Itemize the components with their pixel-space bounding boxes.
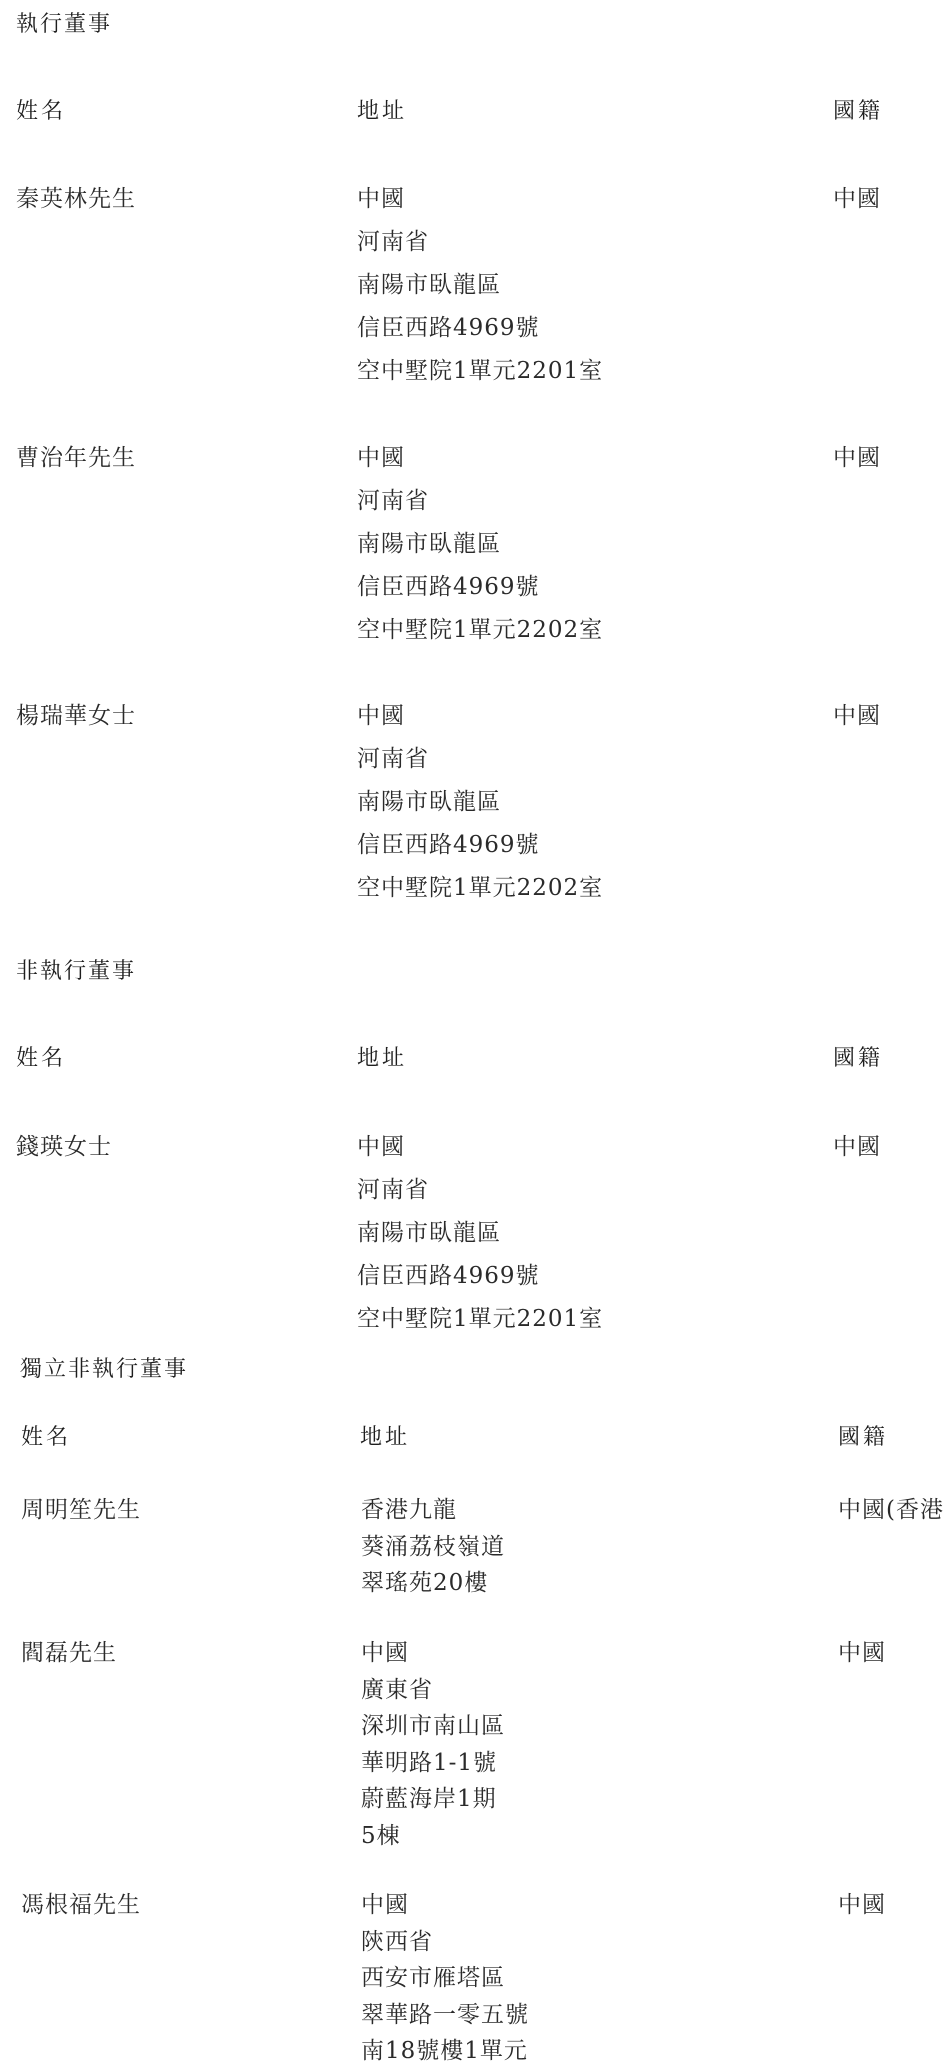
address-line: 信臣西路4969號 (357, 1255, 603, 1298)
address-line: 翠瑤苑20樓 (361, 1565, 505, 1602)
column-header-nationality: 國籍 (838, 1425, 888, 1451)
column-header-address: 地址 (360, 1425, 410, 1451)
address-line: 信臣西路4969號 (357, 566, 603, 609)
address-line: 西安市雁塔區 (361, 1960, 529, 1997)
address-line: 河南省 (357, 1169, 603, 1212)
address-line: 中國 (361, 1887, 529, 1924)
address-line: 空中墅院1單元2202室 (357, 609, 603, 652)
director-name: 曹治年先生 (16, 437, 136, 480)
column-header-address: 地址 (357, 99, 407, 125)
column-header-name: 姓名 (16, 1046, 66, 1072)
address-line: 南18號樓1單元 (361, 2033, 529, 2068)
director-nationality: 中國 (833, 1126, 881, 1169)
director-address: 中國 陝西省 西安市雁塔區 翠華路一零五號 南18號樓1單元 (361, 1887, 529, 2068)
address-line: 南陽市臥龍區 (357, 1212, 603, 1255)
section-title: 非執行董事 (16, 959, 136, 985)
address-line: 空中墅院1單元2201室 (357, 1298, 603, 1341)
address-line: 中國 (361, 1635, 505, 1672)
address-line: 河南省 (357, 480, 603, 523)
address-line: 華明路1-1號 (361, 1745, 505, 1782)
director-name: 秦英林先生 (16, 178, 136, 221)
address-line: 中國 (357, 695, 603, 738)
director-name: 周明笙先生 (21, 1492, 141, 1529)
column-header-address: 地址 (357, 1046, 407, 1072)
address-line: 信臣西路4969號 (357, 824, 603, 867)
address-line: 蔚藍海岸1期 (361, 1781, 505, 1818)
address-line: 中國 (357, 1126, 603, 1169)
section-title: 執行董事 (16, 12, 112, 38)
director-address: 中國 河南省 南陽市臥龍區 信臣西路4969號 空中墅院1單元2201室 (357, 1126, 603, 1341)
column-header-name: 姓名 (21, 1425, 71, 1451)
director-nationality: 中國 (833, 437, 881, 480)
address-line: 河南省 (357, 221, 603, 264)
director-nationality: 中國 (833, 695, 881, 738)
director-nationality: 中國 (838, 1887, 886, 1924)
address-line: 葵涌荔枝嶺道 (361, 1529, 505, 1566)
address-line: 河南省 (357, 738, 603, 781)
address-line: 南陽市臥龍區 (357, 523, 603, 566)
director-name: 楊瑞華女士 (16, 695, 136, 738)
director-nationality: 中國 (833, 178, 881, 221)
address-line: 空中墅院1單元2202室 (357, 867, 603, 910)
director-nationality: 中國 (838, 1635, 886, 1672)
address-line: 5棟 (361, 1818, 505, 1855)
director-name: 馮根福先生 (21, 1887, 141, 1924)
address-line: 南陽市臥龍區 (357, 264, 603, 307)
address-line: 翠華路一零五號 (361, 1997, 529, 2034)
director-address: 香港九龍 葵涌荔枝嶺道 翠瑤苑20樓 (361, 1492, 505, 1602)
director-nationality: 中國(香港 (838, 1492, 944, 1529)
address-line: 信臣西路4969號 (357, 307, 603, 350)
column-header-nationality: 國籍 (833, 99, 883, 125)
director-address: 中國 河南省 南陽市臥龍區 信臣西路4969號 空中墅院1單元2202室 (357, 437, 603, 652)
director-address: 中國 廣東省 深圳市南山區 華明路1-1號 蔚藍海岸1期 5棟 (361, 1635, 505, 1854)
address-line: 深圳市南山區 (361, 1708, 505, 1745)
column-header-name: 姓名 (16, 99, 66, 125)
address-line: 中國 (357, 437, 603, 480)
column-header-nationality: 國籍 (833, 1046, 883, 1072)
section-title: 獨立非執行董事 (20, 1357, 188, 1383)
address-line: 南陽市臥龍區 (357, 781, 603, 824)
address-line: 香港九龍 (361, 1492, 505, 1529)
address-line: 廣東省 (361, 1672, 505, 1709)
address-line: 空中墅院1單元2201室 (357, 350, 603, 393)
director-address: 中國 河南省 南陽市臥龍區 信臣西路4969號 空中墅院1單元2202室 (357, 695, 603, 910)
address-line: 陝西省 (361, 1924, 529, 1961)
address-line: 中國 (357, 178, 603, 221)
director-address: 中國 河南省 南陽市臥龍區 信臣西路4969號 空中墅院1單元2201室 (357, 178, 603, 393)
director-name: 閻磊先生 (21, 1635, 117, 1672)
director-name: 錢瑛女士 (16, 1126, 112, 1169)
